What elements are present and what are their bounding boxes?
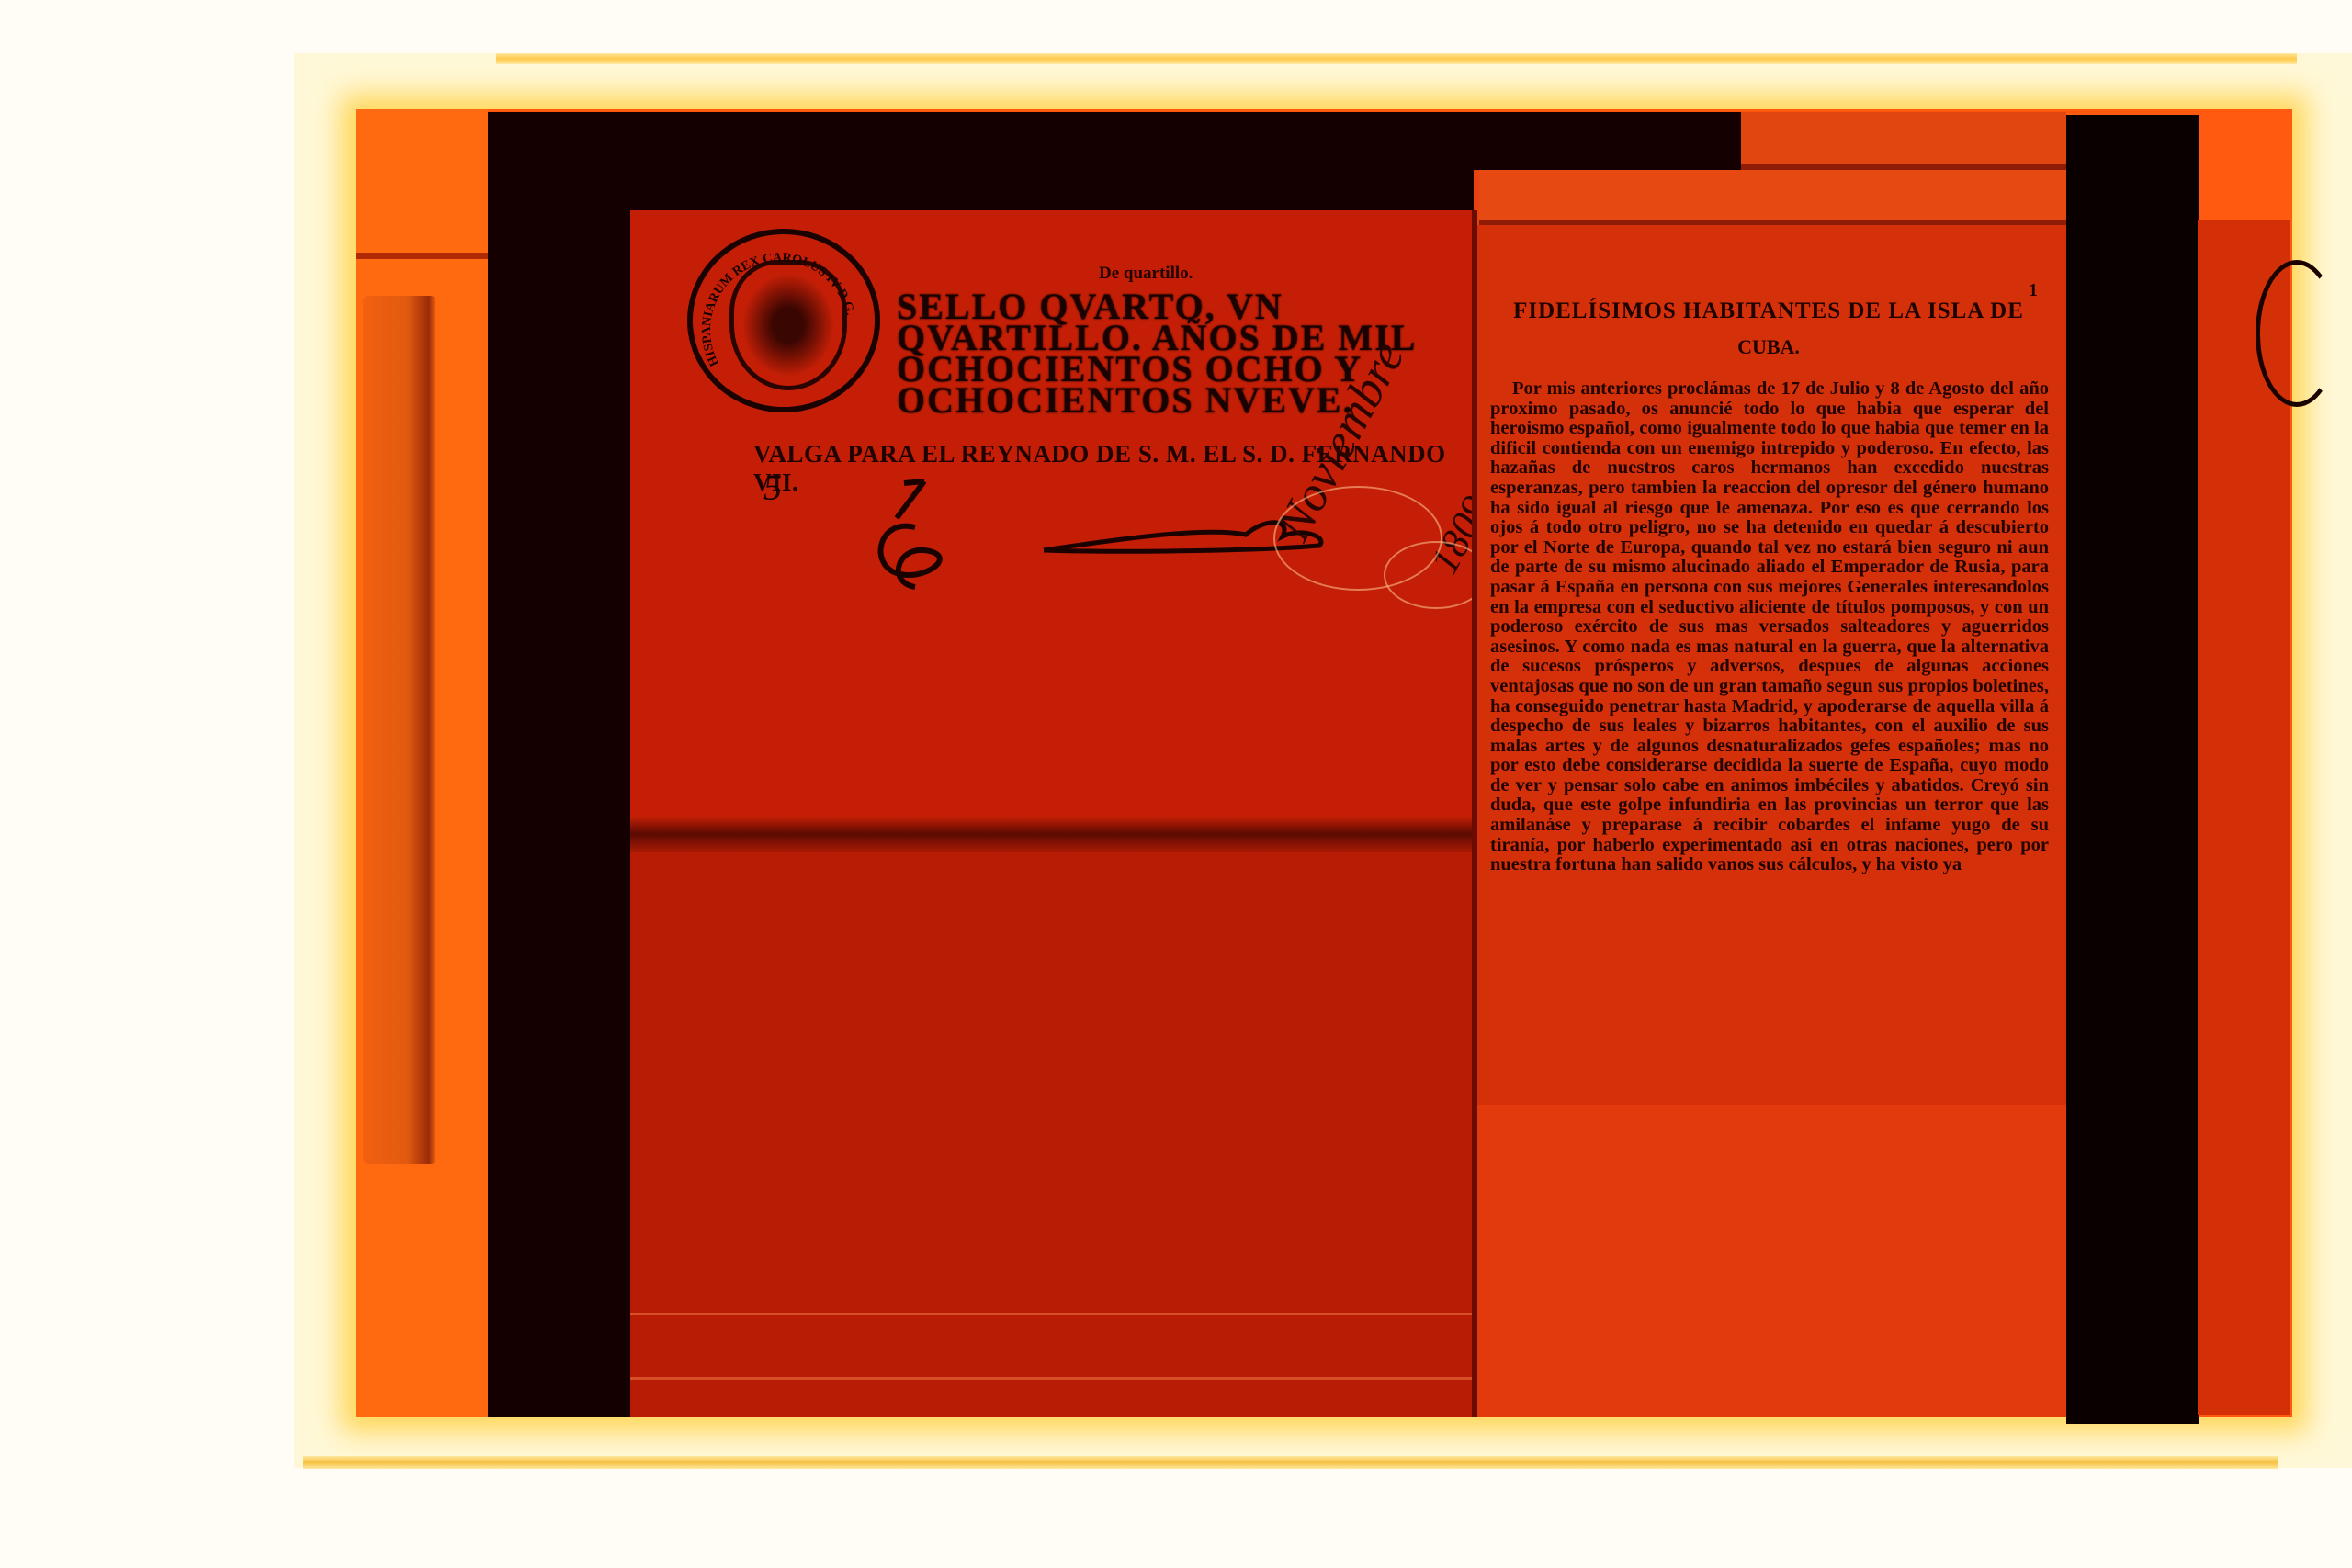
black-mask-right bbox=[2066, 115, 2199, 1424]
stamped-paper-page: HISPANIARUM REX CAROLUS IV D.G. De quart… bbox=[630, 210, 1474, 1417]
svg-text:HISPANIARUM REX CAROLUS IV D.G: HISPANIARUM REX CAROLUS IV D.G. bbox=[699, 250, 857, 368]
proclamation-title-cuba: CUBA. bbox=[1488, 335, 2049, 359]
page-blank-lower bbox=[1477, 1105, 2066, 1417]
lower-page-half bbox=[630, 852, 1474, 1417]
body-paragraph: Por mis anteriores proclámas de 17 de Ju… bbox=[1490, 379, 2049, 875]
film-scratch-line bbox=[630, 1313, 1474, 1315]
page-top-band bbox=[1479, 170, 2067, 226]
stamp-denomination: De quartillo. bbox=[1099, 264, 1193, 284]
proclamation-page: 1 FIDELÍSIMOS HABITANTES DE LA ISLA DE C… bbox=[1477, 225, 2066, 1105]
far-right-adjacent-page bbox=[2198, 220, 2290, 1415]
film-top-edge bbox=[496, 53, 2297, 64]
rubric-number: 5 bbox=[763, 466, 782, 509]
film-bottom-edge bbox=[303, 1456, 2278, 1469]
seal-legend: HISPANIARUM REX CAROLUS IV D.G. bbox=[693, 234, 875, 407]
partial-seal-icon bbox=[2256, 260, 2338, 407]
black-mask-left bbox=[488, 112, 632, 1417]
proclamation-title: FIDELÍSIMOS HABITANTES DE LA ISLA DE bbox=[1488, 299, 2049, 324]
royal-seal-icon: HISPANIARUM REX CAROLUS IV D.G. bbox=[687, 229, 880, 412]
film-scratch-line bbox=[630, 1377, 1474, 1380]
horizontal-fold bbox=[630, 817, 1474, 852]
proclamation-body: Por mis anteriores proclámas de 17 de Ju… bbox=[1490, 379, 2049, 875]
left-page-fold-line bbox=[356, 253, 488, 259]
left-page-edge bbox=[363, 296, 436, 1164]
